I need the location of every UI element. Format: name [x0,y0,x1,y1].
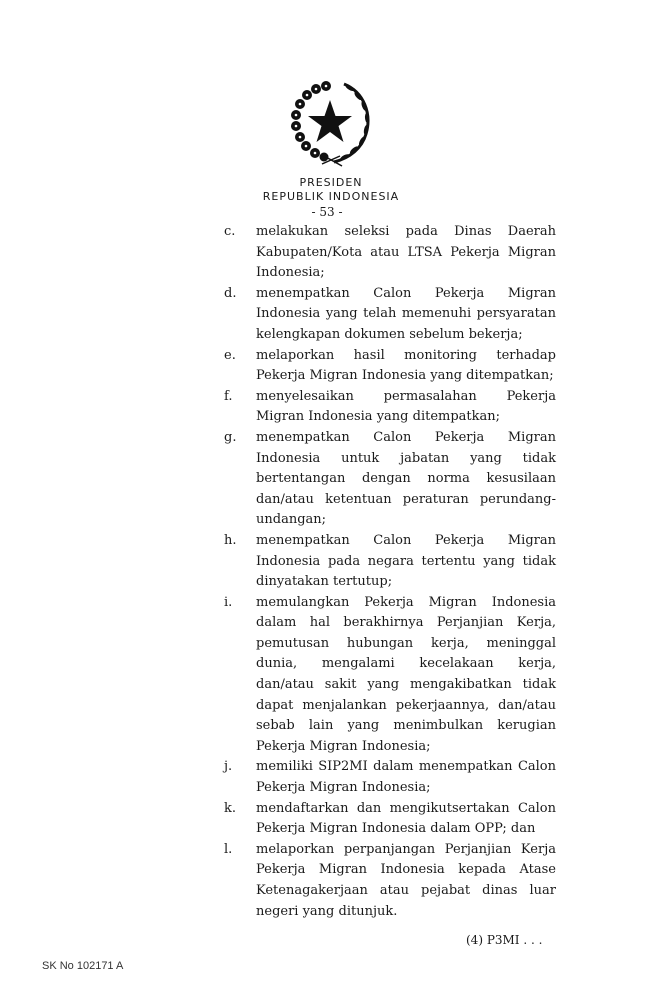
item-text: mendaftarkan dan mengikutsertakan Calon … [256,799,556,840]
item-label: l. [224,840,256,922]
list-item: l.melaporkan perpanjangan Perjanjian Ker… [224,840,556,922]
item-label: c. [224,222,256,284]
list-item: k.mendaftarkan dan mengikutsertakan Calo… [224,799,556,840]
item-text: melaporkan perpanjangan Perjanjian Kerja… [256,840,556,922]
item-text: melaporkan hasil monitoring terhadap Pek… [256,346,556,387]
list-item: d.menempatkan Calon Pekerja Migran Indon… [224,284,556,346]
page-number: - 53 - [0,205,651,219]
item-label: i. [224,593,256,758]
item-text: memulangkan Pekerja Migran Indonesia dal… [256,593,556,758]
provision-list: c.melakukan seleksi pada Dinas Daerah Ka… [224,222,556,922]
list-item: c.melakukan seleksi pada Dinas Daerah Ka… [224,222,556,284]
header-republik-indonesia: REPUBLIK INDONESIA [0,190,651,203]
item-label: f. [224,387,256,428]
item-text: menempatkan Calon Pekerja Migran Indones… [256,531,556,593]
list-item: j.memiliki SIP2MI dalam menempatkan Calo… [224,757,556,798]
item-text: menempatkan Calon Pekerja Migran Indones… [256,428,556,531]
item-label: j. [224,757,256,798]
garuda-emblem-icon [286,78,374,168]
item-text: melakukan seleksi pada Dinas Daerah Kabu… [256,222,556,284]
sk-number: SK No 102171 A [42,960,123,972]
item-label: e. [224,346,256,387]
item-label: h. [224,531,256,593]
item-text: memiliki SIP2MI dalam menempatkan Calon … [256,757,556,798]
continuation-marker: (4) P3MI . . . [466,933,542,947]
list-item: h.menempatkan Calon Pekerja Migran Indon… [224,531,556,593]
list-item: g.menempatkan Calon Pekerja Migran Indon… [224,428,556,531]
list-item: i.memulangkan Pekerja Migran Indonesia d… [224,593,556,758]
header-presiden: PRESIDEN [0,176,651,189]
list-item: f.menyelesaikan permasalahan Pekerja Mig… [224,387,556,428]
item-label: d. [224,284,256,346]
item-text: menyelesaikan permasalahan Pekerja Migra… [256,387,556,428]
list-item: e.melaporkan hasil monitoring terhadap P… [224,346,556,387]
item-text: menempatkan Calon Pekerja Migran Indones… [256,284,556,346]
item-label: g. [224,428,256,531]
item-label: k. [224,799,256,840]
